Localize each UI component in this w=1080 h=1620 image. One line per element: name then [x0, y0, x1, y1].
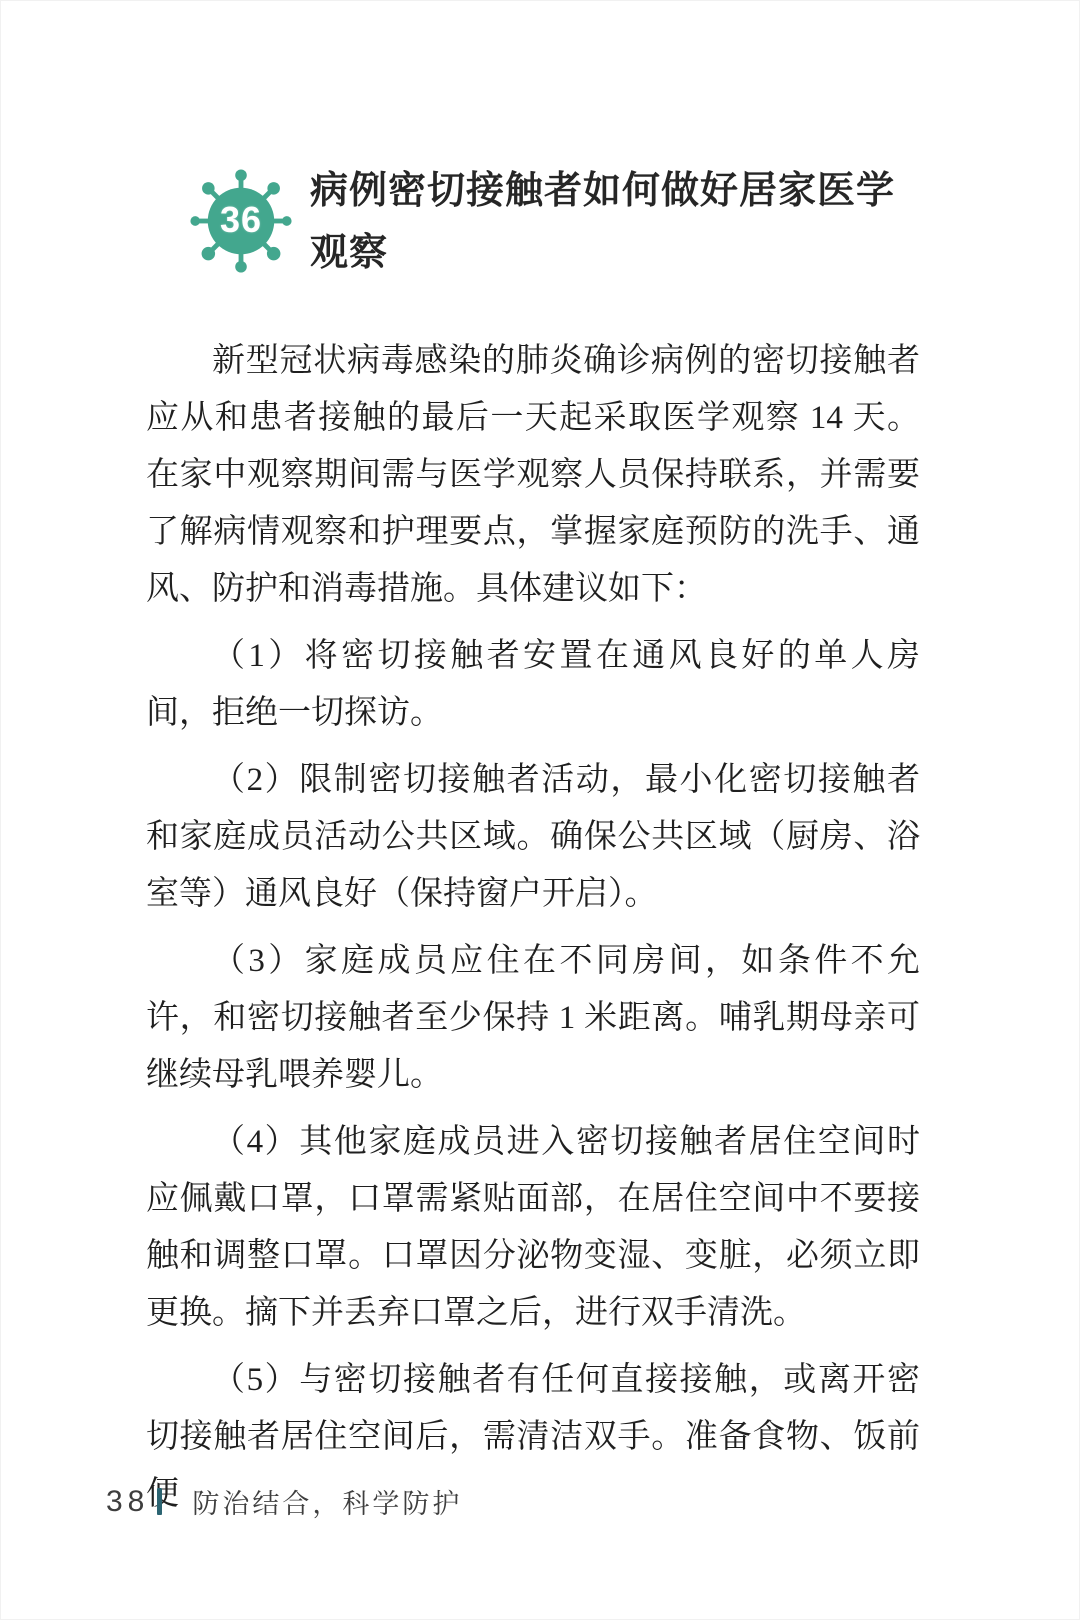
section-header: 36 病例密切接触者如何做好居家医学观察: [188, 160, 902, 284]
page-number: 38: [106, 1485, 149, 1519]
body-text: 新型冠状病毒感染的肺炎确诊病例的密切接触者应从和患者接触的最后一天起采取医学观察…: [146, 333, 920, 1533]
paragraph-item-2: （2）限制密切接触者活动，最小化密切接触者和家庭成员活动公共区域。确保公共区域（…: [146, 752, 920, 923]
book-page: 36 病例密切接触者如何做好居家医学观察 新型冠状病毒感染的肺炎确诊病例的密切接…: [0, 0, 1080, 1620]
footer-slogan: 防治结合，科学防护: [192, 1482, 462, 1521]
footer-divider: [157, 1488, 162, 1515]
virus-badge: 36: [188, 168, 294, 274]
paragraph-item-4: （4）其他家庭成员进入密切接触者居住空间时应佩戴口罩，口罩需紧贴面部，在居住空间…: [146, 1114, 920, 1342]
paragraph-intro: 新型冠状病毒感染的肺炎确诊病例的密切接触者应从和患者接触的最后一天起采取医学观察…: [146, 333, 920, 618]
section-title: 病例密切接触者如何做好居家医学观察: [310, 160, 902, 284]
section-number: 36: [188, 168, 294, 274]
paragraph-item-1: （1）将密切接触者安置在通风良好的单人房间，拒绝一切探访。: [146, 628, 920, 742]
page-footer: 38 防治结合，科学防护: [106, 1482, 462, 1521]
paragraph-item-3: （3）家庭成员应住在不同房间，如条件不允许，和密切接触者至少保持 1 米距离。哺…: [146, 933, 920, 1104]
